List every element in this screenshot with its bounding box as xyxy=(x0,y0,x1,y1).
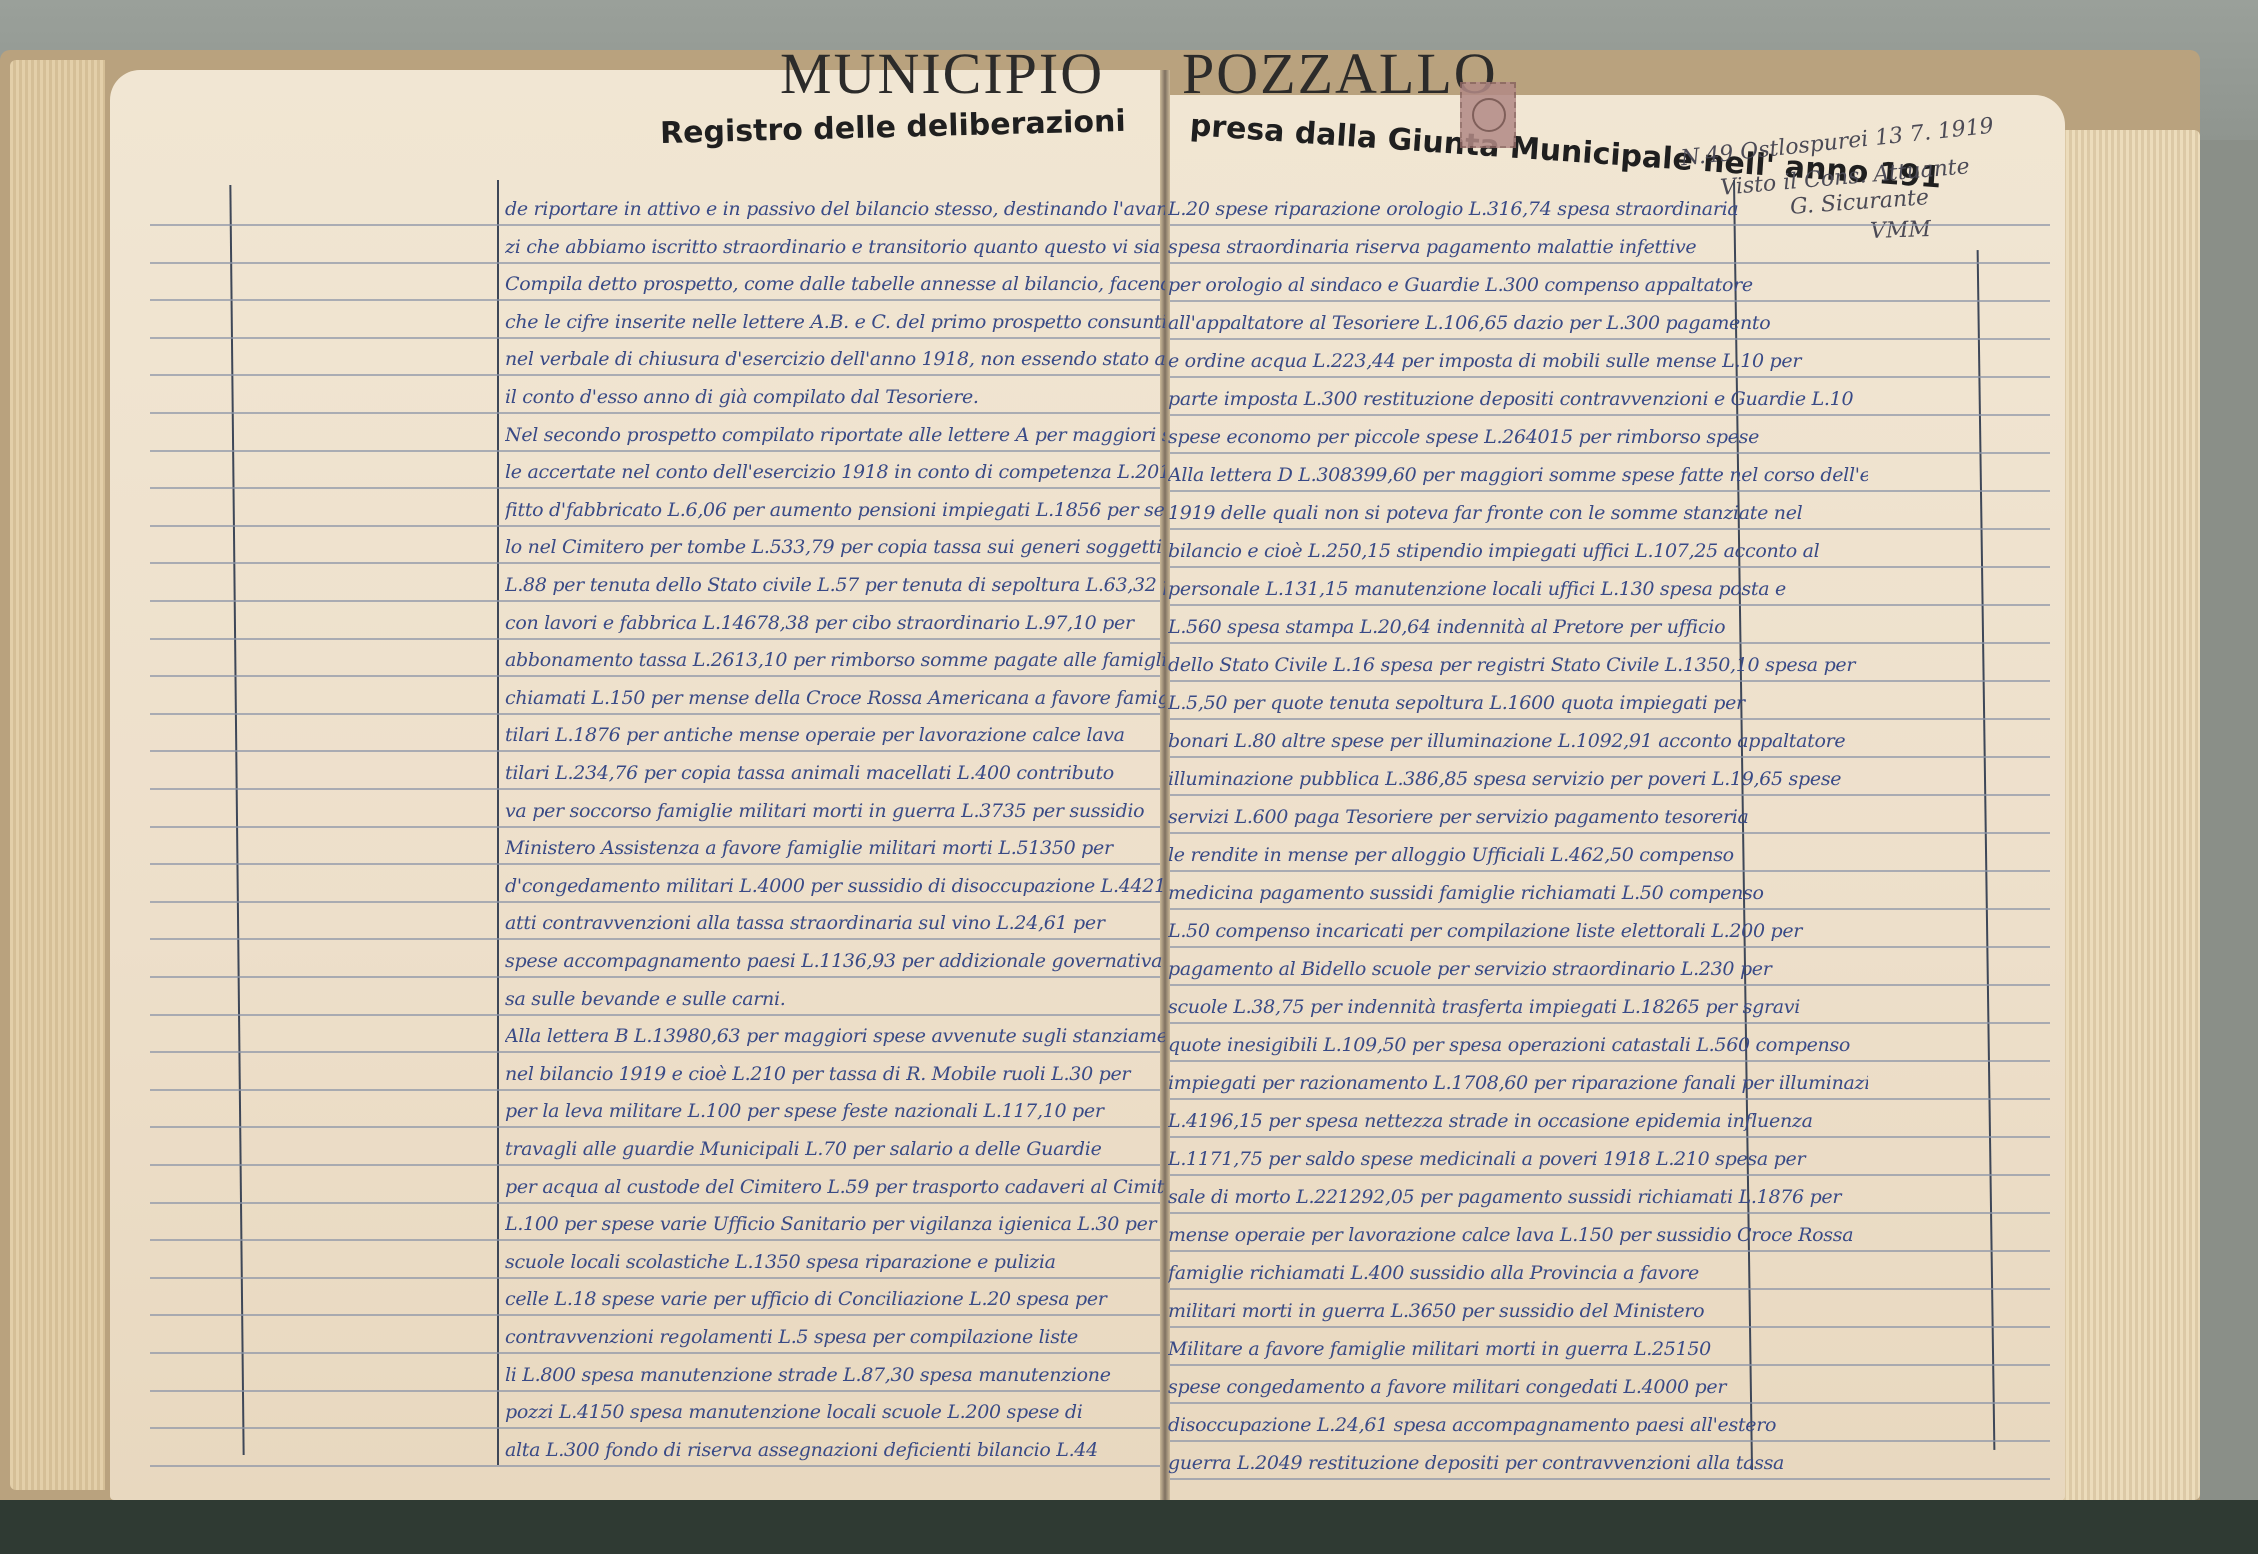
handwritten-line: parte imposta L.300 restituzione deposit… xyxy=(1168,388,1868,410)
ruled-line-right xyxy=(1170,1136,2050,1138)
handwritten-line: con lavori e fabbrica L.14678,38 per cib… xyxy=(505,612,1165,634)
handwritten-line: mense operaie per lavorazione calce lava… xyxy=(1168,1224,1868,1246)
ruled-line-right xyxy=(1170,1174,2050,1176)
handwritten-line: contravvenzioni regolamenti L.5 spesa pe… xyxy=(505,1326,1165,1348)
handwritten-line: sa sulle bevande e sulle carni. xyxy=(505,988,1165,1010)
ruled-line-left xyxy=(150,600,1160,602)
handwritten-line: lo nel Cimitero per tombe L.533,79 per c… xyxy=(505,536,1165,558)
handwritten-line: personale L.131,15 manutenzione locali u… xyxy=(1168,578,1868,600)
ruled-line-right xyxy=(1170,1212,2050,1214)
ruled-line-left xyxy=(150,562,1160,564)
ruled-line-left xyxy=(150,1126,1160,1128)
ruled-line-right xyxy=(1170,794,2050,796)
handwritten-line: tilari L.234,76 per copia tassa animali … xyxy=(505,762,1165,784)
ruled-line-left xyxy=(150,675,1160,677)
handwritten-line: chiamati L.150 per mense della Croce Ros… xyxy=(505,687,1165,709)
handwritten-line: spese accompagnamento paesi L.1136,93 pe… xyxy=(505,950,1165,972)
ruled-line-left xyxy=(150,337,1160,339)
handwritten-line: bilancio e cioè L.250,15 stipendio impie… xyxy=(1168,540,1868,562)
ruled-line-right xyxy=(1170,1364,2050,1366)
handwritten-line: abbonamento tassa L.2613,10 per rimborso… xyxy=(505,649,1165,671)
handwritten-line: guerra L.2049 restituzione depositi per … xyxy=(1168,1452,1868,1474)
handwritten-line: travagli alle guardie Municipali L.70 pe… xyxy=(505,1138,1165,1160)
ruled-line-right xyxy=(1170,1326,2050,1328)
handwritten-line: famiglie richiamati L.400 sussidio alla … xyxy=(1168,1262,1868,1284)
handwritten-line: quote inesigibili L.109,50 per spesa ope… xyxy=(1168,1034,1868,1056)
handwritten-line: va per soccorso famiglie militari morti … xyxy=(505,800,1165,822)
handwritten-line: servizi L.600 paga Tesoriere per servizi… xyxy=(1168,806,1868,828)
ruled-line-right xyxy=(1170,338,2050,340)
handwritten-line: pagamento al Bidello scuole per servizio… xyxy=(1168,958,1868,980)
ruled-line-left xyxy=(150,1202,1160,1204)
handwritten-line: illuminazione pubblica L.386,85 spesa se… xyxy=(1168,768,1868,790)
ruled-line-left xyxy=(150,1465,1160,1467)
handwritten-line: disoccupazione L.24,61 spesa accompagnam… xyxy=(1168,1414,1868,1436)
handwritten-line: il conto d'esso anno di già compilato da… xyxy=(505,386,1165,408)
handwritten-line: L.100 per spese varie Ufficio Sanitario … xyxy=(505,1213,1165,1235)
ruled-line-right xyxy=(1170,224,2050,226)
handwritten-line: scuole L.38,75 per indennità trasferta i… xyxy=(1168,996,1868,1018)
handwritten-line: nel bilancio 1919 e cioè L.210 per tassa… xyxy=(505,1063,1165,1085)
ruled-line-left xyxy=(150,299,1160,301)
handwritten-line: spesa straordinaria riserva pagamento ma… xyxy=(1168,236,1868,258)
ruled-line-right xyxy=(1170,870,2050,872)
handwritten-line: militari morti in guerra L.3650 per suss… xyxy=(1168,1300,1868,1322)
ruled-line-right xyxy=(1170,908,2050,910)
ruled-line-left xyxy=(150,1089,1160,1091)
revenue-stamp-icon xyxy=(1460,82,1516,148)
ruled-line-left xyxy=(150,1051,1160,1053)
handwritten-line: 1919 delle quali non si poteva far front… xyxy=(1168,502,1868,524)
handwritten-line: per la leva militare L.100 per spese fes… xyxy=(505,1100,1165,1122)
ruled-line-right xyxy=(1170,452,2050,454)
ruled-line-right xyxy=(1170,528,2050,530)
annotation-line-4: VMM xyxy=(1870,217,1932,244)
ruled-line-left xyxy=(150,1164,1160,1166)
handwritten-line: spese economo per piccole spese L.264015… xyxy=(1168,426,1868,448)
handwritten-line: celle L.18 spese varie per ufficio di Co… xyxy=(505,1288,1165,1310)
left-margin-line-inner xyxy=(497,180,499,1465)
handwritten-line: medicina pagamento sussidi famiglie rich… xyxy=(1168,882,1868,904)
handwritten-line: che le cifre inserite nelle lettere A.B.… xyxy=(505,311,1165,333)
handwritten-line: dello Stato Civile L.16 spesa per regist… xyxy=(1168,654,1868,676)
handwritten-line: sale di morto L.221292,05 per pagamento … xyxy=(1168,1186,1868,1208)
handwritten-line: all'appaltatore al Tesoriere L.106,65 da… xyxy=(1168,312,1868,334)
handwritten-line: li L.800 spesa manutenzione strade L.87,… xyxy=(505,1364,1165,1386)
ruled-line-right xyxy=(1170,984,2050,986)
handwritten-line: atti contravvenzioni alla tassa straordi… xyxy=(505,912,1165,934)
handwritten-line: de riportare in attivo e in passivo del … xyxy=(505,198,1165,220)
title-pozzallo: POZZALLO xyxy=(1182,40,1498,107)
handwritten-line: pozzi L.4150 spesa manutenzione locali s… xyxy=(505,1401,1165,1423)
handwritten-line: L.88 per tenuta dello Stato civile L.57 … xyxy=(505,574,1165,596)
handwritten-line: Alla lettera D L.308399,60 per maggiori … xyxy=(1168,464,1868,486)
ruled-line-left xyxy=(150,976,1160,978)
handwritten-line: zi che abbiamo iscritto straordinario e … xyxy=(505,236,1165,258)
ruled-line-left xyxy=(150,450,1160,452)
ruled-line-right xyxy=(1170,1288,2050,1290)
handwritten-line: e ordine acqua L.223,44 per imposta di m… xyxy=(1168,350,1868,372)
ruled-line-right xyxy=(1170,376,2050,378)
ruled-line-left xyxy=(150,713,1160,715)
handwritten-line: Compila detto prospetto, come dalle tabe… xyxy=(505,273,1165,295)
ruled-line-right xyxy=(1170,756,2050,758)
ruled-line-right xyxy=(1170,566,2050,568)
handwritten-line: d'congedamento militari L.4000 per sussi… xyxy=(505,875,1165,897)
ruled-line-left xyxy=(150,525,1160,527)
ruled-line-right xyxy=(1170,832,2050,834)
ruled-line-right xyxy=(1170,946,2050,948)
ruled-line-left xyxy=(150,1014,1160,1016)
handwritten-line: alta L.300 fondo di riserva assegnazioni… xyxy=(505,1439,1165,1461)
handwritten-line: le rendite in mense per alloggio Ufficia… xyxy=(1168,844,1868,866)
ruled-line-left xyxy=(150,1277,1160,1279)
ruled-line-right xyxy=(1170,604,2050,606)
ruled-line-right xyxy=(1170,1250,2050,1252)
handwritten-line: spese congedamento a favore militari con… xyxy=(1168,1376,1868,1398)
ruled-line-right xyxy=(1170,262,2050,264)
ruled-line-right xyxy=(1170,642,2050,644)
handwritten-line: L.5,50 per quote tenuta sepoltura L.1600… xyxy=(1168,692,1868,714)
handwritten-line: fitto d'fabbricato L.6,06 per aumento pe… xyxy=(505,499,1165,521)
handwritten-line: scuole locali scolastiche L.1350 spesa r… xyxy=(505,1251,1165,1273)
ruled-line-right xyxy=(1170,1022,2050,1024)
handwritten-line: tilari L.1876 per antiche mense operaie … xyxy=(505,724,1165,746)
ruled-line-left xyxy=(150,826,1160,828)
ruled-line-left xyxy=(150,412,1160,414)
handwritten-line: Nel secondo prospetto compilato riportat… xyxy=(505,424,1165,446)
handwritten-line: impiegati per razionamento L.1708,60 per… xyxy=(1168,1072,1868,1094)
ruled-line-right xyxy=(1170,1440,2050,1442)
handwritten-line: Ministero Assistenza a favore famiglie m… xyxy=(505,837,1165,859)
ruled-line-right xyxy=(1170,680,2050,682)
ruled-line-left xyxy=(150,1314,1160,1316)
handwritten-line: L.560 spesa stampa L.20,64 indennità al … xyxy=(1168,616,1868,638)
handwritten-line: L.4196,15 per spesa nettezza strade in o… xyxy=(1168,1110,1868,1132)
ruled-line-left xyxy=(150,1427,1160,1429)
ruled-line-right xyxy=(1170,718,2050,720)
left-page-edges xyxy=(10,60,105,1490)
ruled-line-left xyxy=(150,374,1160,376)
ruled-line-right xyxy=(1170,1478,2050,1480)
handwritten-line: per orologio al sindaco e Guardie L.300 … xyxy=(1168,274,1868,296)
ruled-line-left xyxy=(150,1239,1160,1241)
title-municipio: MUNICIPIO xyxy=(780,40,1104,107)
ruled-line-right xyxy=(1170,414,2050,416)
ruled-line-left xyxy=(150,901,1160,903)
ruled-line-left xyxy=(150,750,1160,752)
handwritten-line: L.20 spese riparazione orologio L.316,74… xyxy=(1168,198,1868,220)
ruled-line-right xyxy=(1170,490,2050,492)
handwritten-line: bonari L.80 altre spese per illuminazion… xyxy=(1168,730,1868,752)
ruled-line-left xyxy=(150,487,1160,489)
ruled-line-right xyxy=(1170,300,2050,302)
right-page-edges xyxy=(2060,130,2200,1500)
ruled-line-left xyxy=(150,938,1160,940)
ruled-line-left xyxy=(150,1352,1160,1354)
ruled-line-left xyxy=(150,224,1160,226)
ruled-line-left xyxy=(150,788,1160,790)
handwritten-line: Militare a favore famiglie militari mort… xyxy=(1168,1338,1868,1360)
table-surface xyxy=(0,1500,2258,1554)
handwritten-line: per acqua al custode del Cimitero L.59 p… xyxy=(505,1176,1165,1198)
handwritten-line: L.1171,75 per saldo spese medicinali a p… xyxy=(1168,1148,1868,1170)
handwritten-line: le accertate nel conto dell'esercizio 19… xyxy=(505,461,1165,483)
ruled-line-left xyxy=(150,262,1160,264)
handwritten-line: nel verbale di chiusura d'esercizio dell… xyxy=(505,348,1165,370)
ruled-line-left xyxy=(150,638,1160,640)
handwritten-line: L.50 compenso incaricati per compilazion… xyxy=(1168,920,1868,942)
ruled-line-left xyxy=(150,1390,1160,1392)
handwritten-line: Alla lettera B L.13980,63 per maggiori s… xyxy=(505,1025,1165,1047)
ruled-line-right xyxy=(1170,1098,2050,1100)
ruled-line-right xyxy=(1170,1402,2050,1404)
ruled-line-left xyxy=(150,863,1160,865)
ruled-line-right xyxy=(1170,1060,2050,1062)
